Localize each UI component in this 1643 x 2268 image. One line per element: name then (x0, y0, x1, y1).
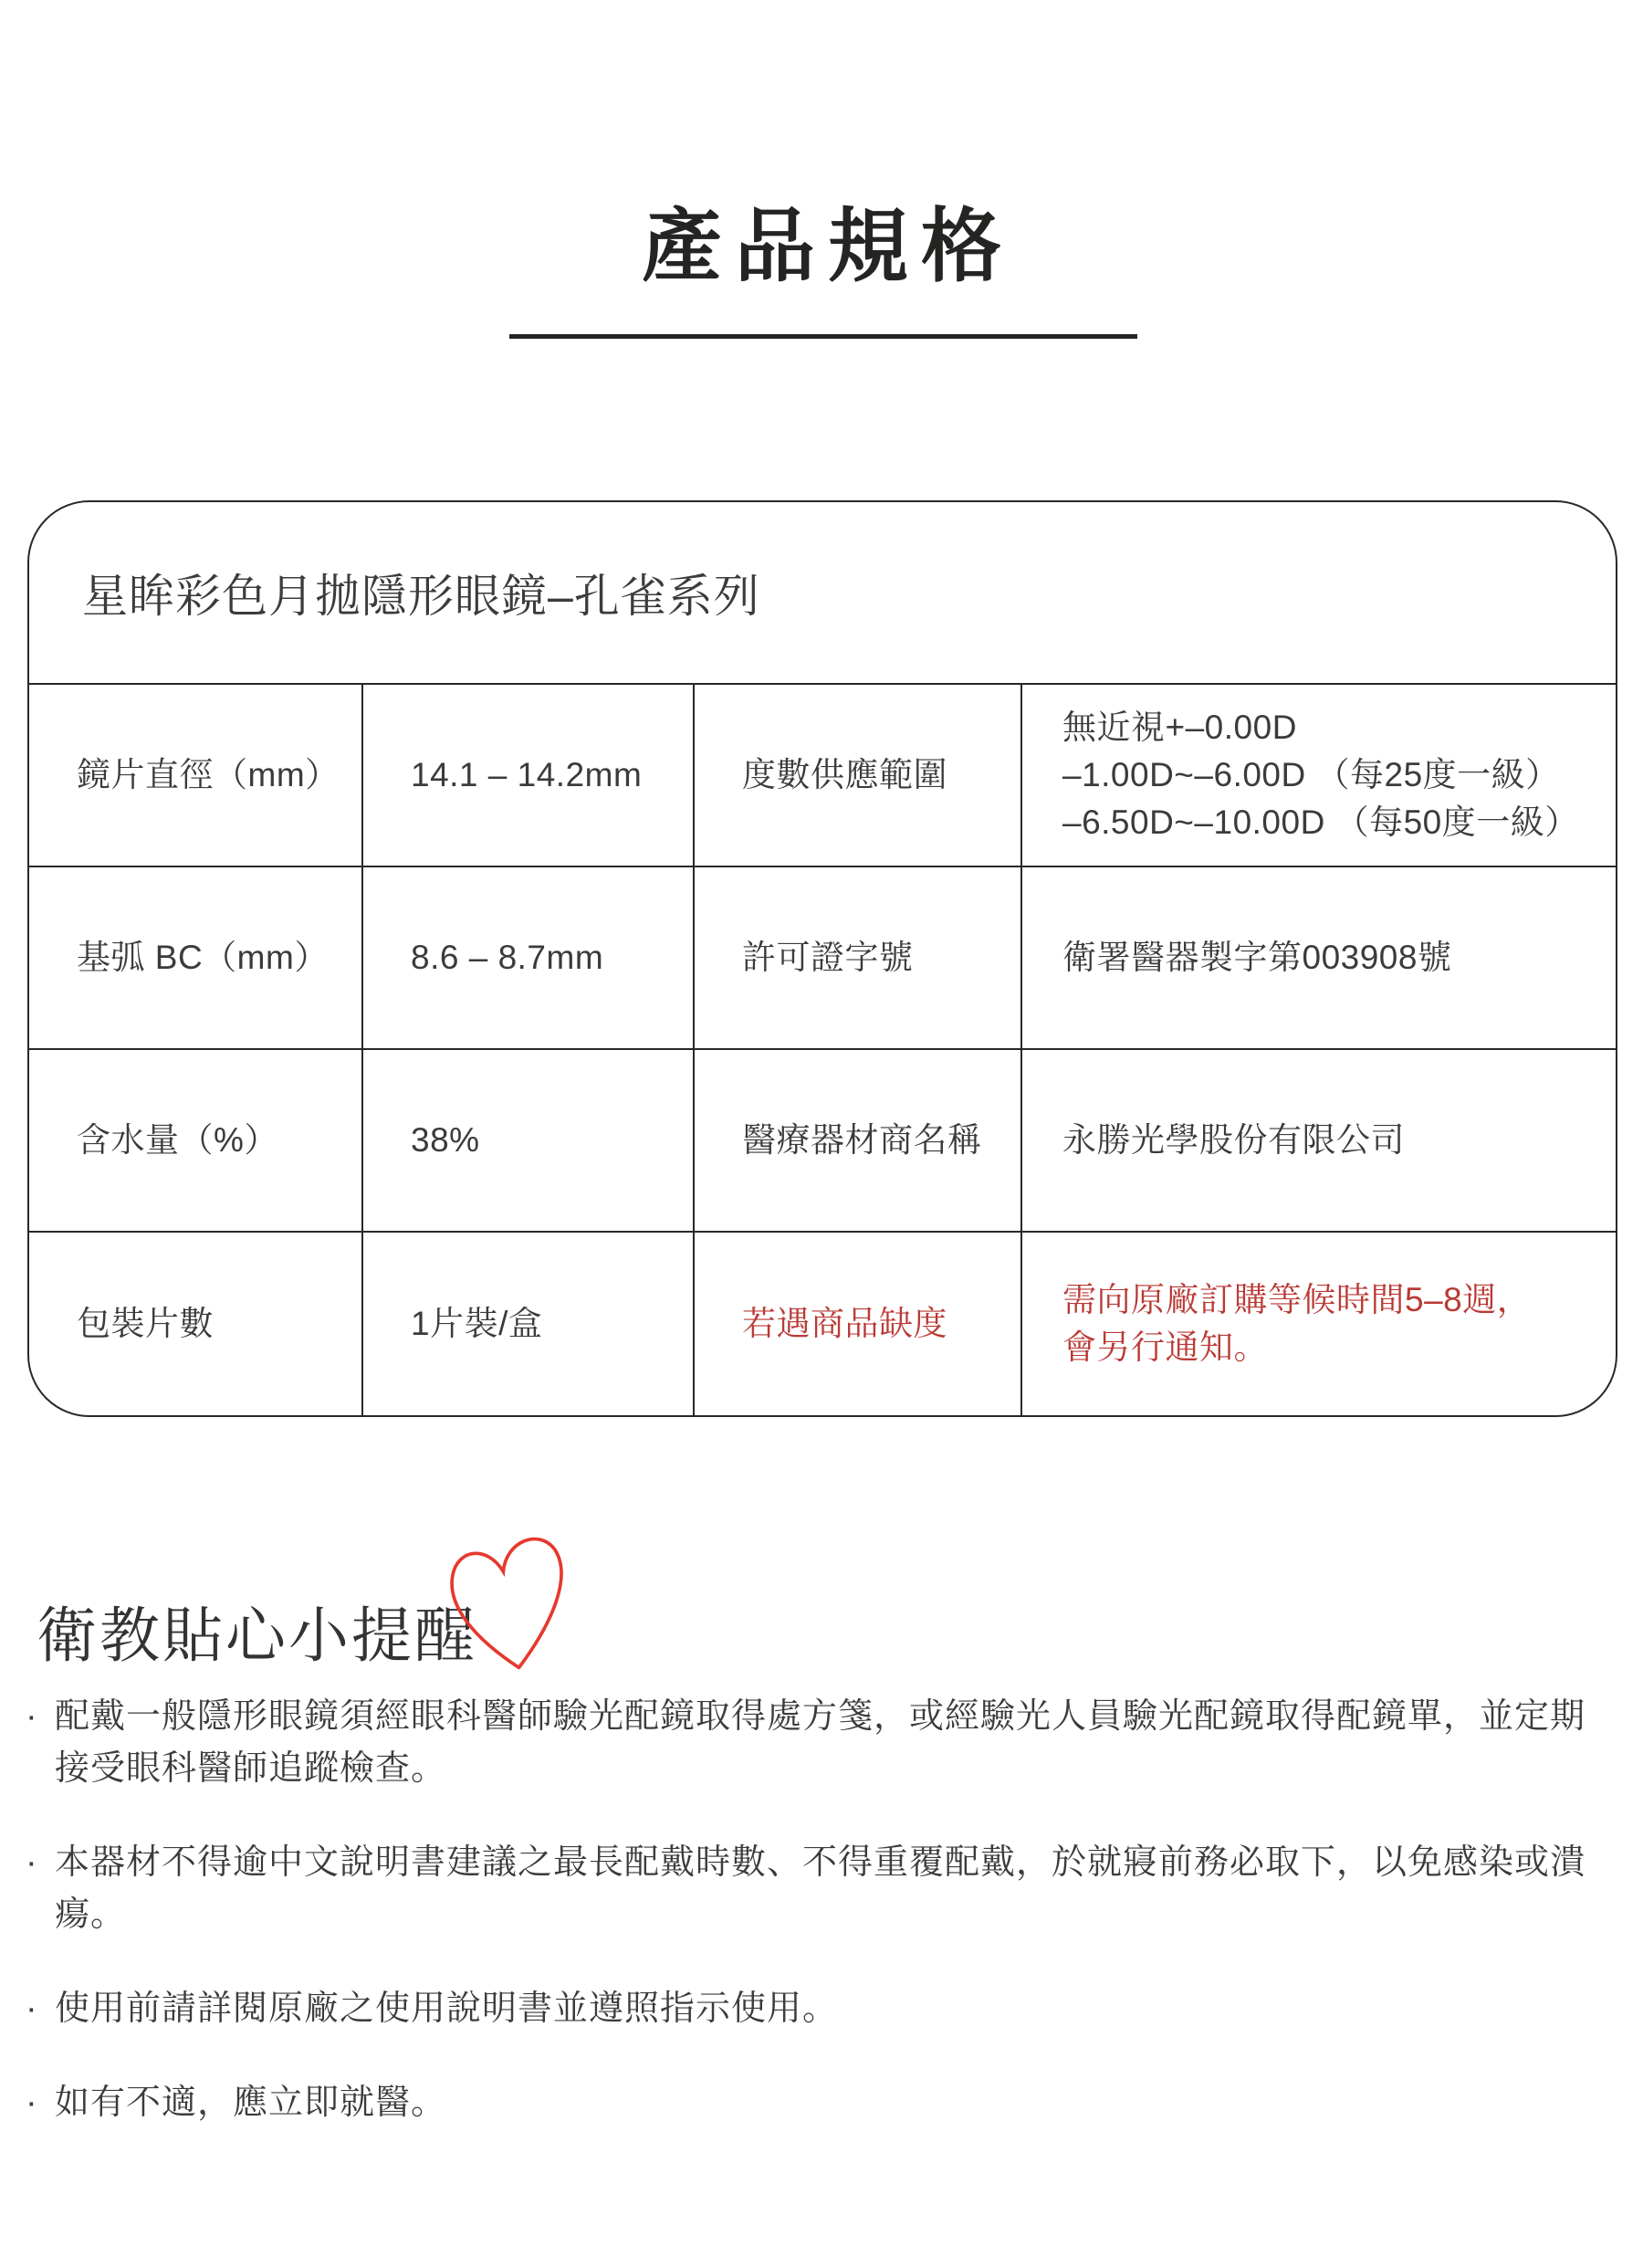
bullet-marker: · (26, 1837, 55, 1941)
spec-value-power-range: 無近視+–0.00D –1.00D~–6.00D （每25度一級） –6.50D… (1022, 685, 1616, 866)
page-title: 產品規格 (0, 183, 1643, 298)
bullet-marker: · (26, 2077, 55, 2129)
tip-text: 使用前請詳閱原廠之使用說明書並遵照指示使用。 (55, 1983, 1610, 2035)
spec-label-diameter: 鏡片直徑（mm） (29, 685, 363, 866)
tip-text: 配戴一般隱形眼鏡須經眼科醫師驗光配鏡取得處方箋，或經驗光人員驗光配鏡取得配鏡單，… (55, 1691, 1610, 1795)
table-row: 含水量（%） 38% 醫療器材商名稱 永勝光學股份有限公司 (29, 1050, 1616, 1233)
spec-value-line: 衛署醫器製字第003908號 (1062, 934, 1594, 982)
product-spec-page: 產品規格 星眸彩色月拋隱形眼鏡–孔雀系列 鏡片直徑（mm） 14.1 – 14.… (0, 0, 1643, 2268)
spec-value-line: 需向原廠訂購等候時間5–8週， (1062, 1276, 1594, 1324)
spec-value-shortage-note: 需向原廠訂購等候時間5–8週， 會另行通知。 (1022, 1233, 1616, 1415)
tip-item: · 使用前請詳閱原廠之使用說明書並遵照指示使用。 (26, 1983, 1610, 2035)
spec-value-line: 會另行通知。 (1062, 1324, 1594, 1371)
spec-value-water-content: 38% (363, 1050, 695, 1231)
spec-label-pack-count: 包裝片數 (29, 1233, 363, 1415)
tip-item: · 如有不適，應立即就醫。 (26, 2077, 1610, 2129)
spec-label-base-curve: 基弧 BC（mm） (29, 867, 363, 1048)
spec-value-line: 無近視+–0.00D (1062, 704, 1594, 751)
spec-label-power-range: 度數供應範圍 (695, 685, 1022, 866)
spec-value-base-curve: 8.6 – 8.7mm (363, 867, 695, 1048)
spec-label-license-no: 許可證字號 (695, 867, 1022, 1048)
tip-text: 如有不適，應立即就醫。 (55, 2077, 1610, 2129)
spec-value-vendor-name: 永勝光學股份有限公司 (1022, 1050, 1616, 1231)
spec-label-vendor-name: 醫療器材商名稱 (695, 1050, 1022, 1231)
tip-item: · 本器材不得逾中文說明書建議之最長配戴時數、不得重覆配戴，於就寢前務必取下，以… (26, 1837, 1610, 1941)
title-underline (509, 334, 1137, 339)
tip-item: · 配戴一般隱形眼鏡須經眼科醫師驗光配鏡取得處方箋，或經驗光人員驗光配鏡取得配鏡… (26, 1691, 1610, 1795)
tip-text: 本器材不得逾中文說明書建議之最長配戴時數、不得重覆配戴，於就寢前務必取下，以免感… (55, 1837, 1610, 1941)
table-row: 鏡片直徑（mm） 14.1 – 14.2mm 度數供應範圍 無近視+–0.00D… (29, 685, 1616, 867)
spec-value-line: 永勝光學股份有限公司 (1062, 1117, 1594, 1164)
health-tips-list: · 配戴一般隱形眼鏡須經眼科醫師驗光配鏡取得處方箋，或經驗光人員驗光配鏡取得配鏡… (26, 1691, 1610, 2171)
table-row: 基弧 BC（mm） 8.6 – 8.7mm 許可證字號 衛署醫器製字第00390… (29, 867, 1616, 1050)
spec-table: 星眸彩色月拋隱形眼鏡–孔雀系列 鏡片直徑（mm） 14.1 – 14.2mm 度… (27, 500, 1617, 1417)
bullet-marker: · (26, 1691, 55, 1795)
heart-icon (433, 1517, 587, 1690)
bullet-marker: · (26, 1983, 55, 2035)
spec-value-pack-count: 1片裝/盒 (363, 1233, 695, 1415)
product-name: 星眸彩色月拋隱形眼鏡–孔雀系列 (82, 560, 760, 625)
table-row: 包裝片數 1片裝/盒 若遇商品缺度 需向原廠訂購等候時間5–8週， 會另行通知。 (29, 1233, 1616, 1415)
product-name-cell: 星眸彩色月拋隱形眼鏡–孔雀系列 (29, 502, 1616, 685)
spec-label-water-content: 含水量（%） (29, 1050, 363, 1231)
spec-value-line: –6.50D~–10.00D （每50度一級） (1062, 799, 1594, 846)
spec-value-license-no: 衛署醫器製字第003908號 (1022, 867, 1616, 1048)
spec-value-line: –1.00D~–6.00D （每25度一級） (1062, 751, 1594, 799)
health-tips-heading: 衛教貼心小提醒 (37, 1587, 477, 1674)
spec-label-shortage-note: 若遇商品缺度 (695, 1233, 1022, 1415)
spec-value-diameter: 14.1 – 14.2mm (363, 685, 695, 866)
